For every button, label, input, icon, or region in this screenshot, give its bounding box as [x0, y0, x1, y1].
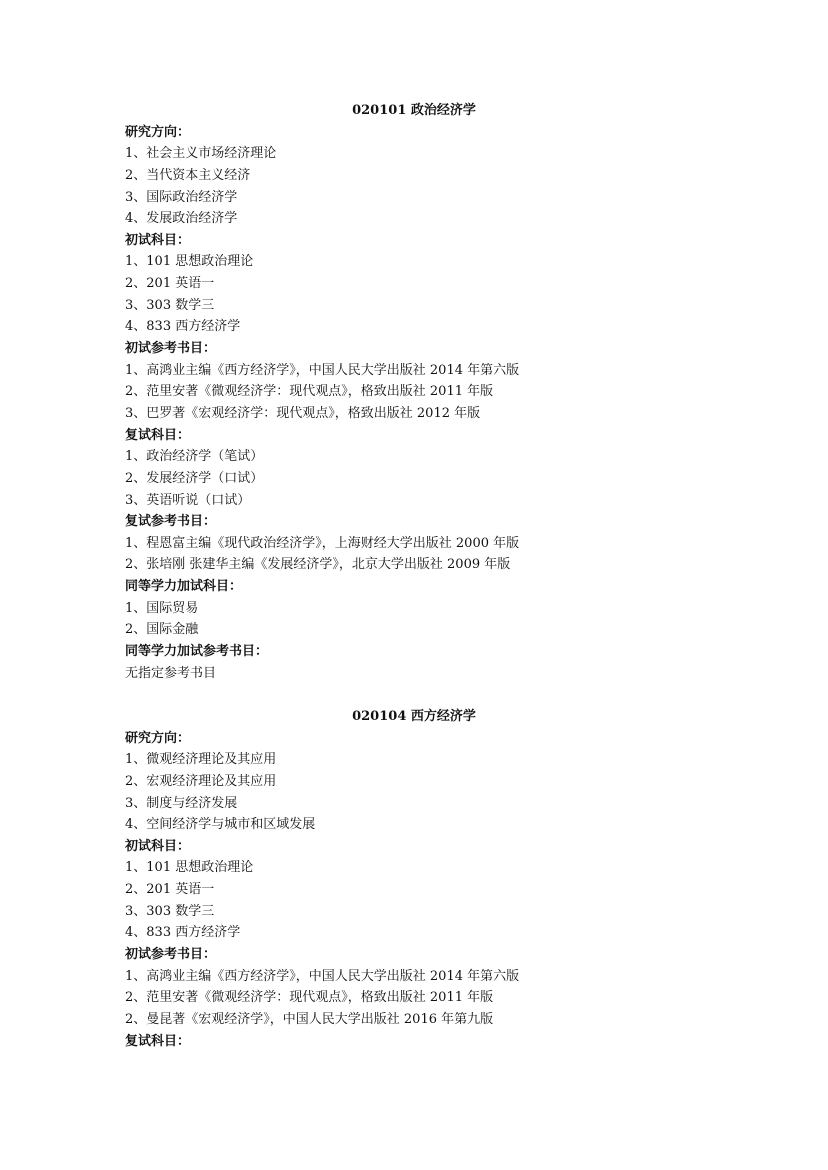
list-item: 2、宏观经济理论及其应用	[125, 771, 703, 793]
list-item: 3、巴罗著《宏观经济学：现代观点》，格致出版社 2012 年版	[125, 403, 703, 425]
list-item: 2、曼昆著《宏观经济学》，中国人民大学出版社 2016 年第九版	[125, 1009, 703, 1031]
section-spacer	[125, 684, 703, 706]
prelim-label: 初试科目：	[125, 836, 703, 858]
list-item: 1、101 思想政治理论	[125, 251, 703, 273]
list-item: 1、国际贸易	[125, 598, 703, 620]
list-item: 1、政治经济学（笔试）	[125, 446, 703, 468]
list-item: 4、发展政治经济学	[125, 208, 703, 230]
prelim-label: 初试科目：	[125, 230, 703, 252]
list-item: 2、发展经济学（口试）	[125, 468, 703, 490]
document-page: 020101 政治经济学 研究方向： 1、社会主义市场经济理论 2、当代资本主义…	[125, 100, 703, 1052]
section-title: 020104 西方经济学	[125, 706, 703, 728]
retest-label: 复试科目：	[125, 1031, 703, 1053]
retest-books-label: 复试参考书目：	[125, 511, 703, 533]
list-item: 1、高鸿业主编《西方经济学》，中国人民大学出版社 2014 年第六版	[125, 360, 703, 382]
list-item: 3、303 数学三	[125, 295, 703, 317]
list-item: 2、201 英语一	[125, 273, 703, 295]
list-item: 2、201 英语一	[125, 879, 703, 901]
list-item: 3、英语听说（口试）	[125, 490, 703, 512]
list-item: 1、101 思想政治理论	[125, 857, 703, 879]
list-item: 3、国际政治经济学	[125, 187, 703, 209]
equiv-label: 同等学力加试科目：	[125, 576, 703, 598]
list-item: 1、程恩富主编《现代政治经济学》，上海财经大学出版社 2000 年版	[125, 533, 703, 555]
equiv-books-label: 同等学力加试参考书目：	[125, 641, 703, 663]
list-item: 4、833 西方经济学	[125, 922, 703, 944]
list-item: 3、制度与经济发展	[125, 793, 703, 815]
list-item: 2、范里安著《微观经济学：现代观点》，格致出版社 2011 年版	[125, 381, 703, 403]
list-item: 4、833 西方经济学	[125, 316, 703, 338]
list-item: 1、社会主义市场经济理论	[125, 143, 703, 165]
list-item: 2、范里安著《微观经济学：现代观点》，格致出版社 2011 年版	[125, 987, 703, 1009]
list-item: 2、国际金融	[125, 619, 703, 641]
list-item: 1、微观经济理论及其应用	[125, 749, 703, 771]
list-item: 2、当代资本主义经济	[125, 165, 703, 187]
retest-label: 复试科目：	[125, 425, 703, 447]
list-item: 1、高鸿业主编《西方经济学》，中国人民大学出版社 2014 年第六版	[125, 966, 703, 988]
list-item: 2、张培刚 张建华主编《发展经济学》，北京大学出版社 2009 年版	[125, 554, 703, 576]
research-label: 研究方向：	[125, 122, 703, 144]
prelim-books-label: 初试参考书目：	[125, 338, 703, 360]
research-label: 研究方向：	[125, 728, 703, 750]
list-item: 4、空间经济学与城市和区域发展	[125, 814, 703, 836]
prelim-books-label: 初试参考书目：	[125, 944, 703, 966]
list-item: 3、303 数学三	[125, 901, 703, 923]
section-title: 020101 政治经济学	[125, 100, 703, 122]
list-item: 无指定参考书目	[125, 663, 703, 685]
